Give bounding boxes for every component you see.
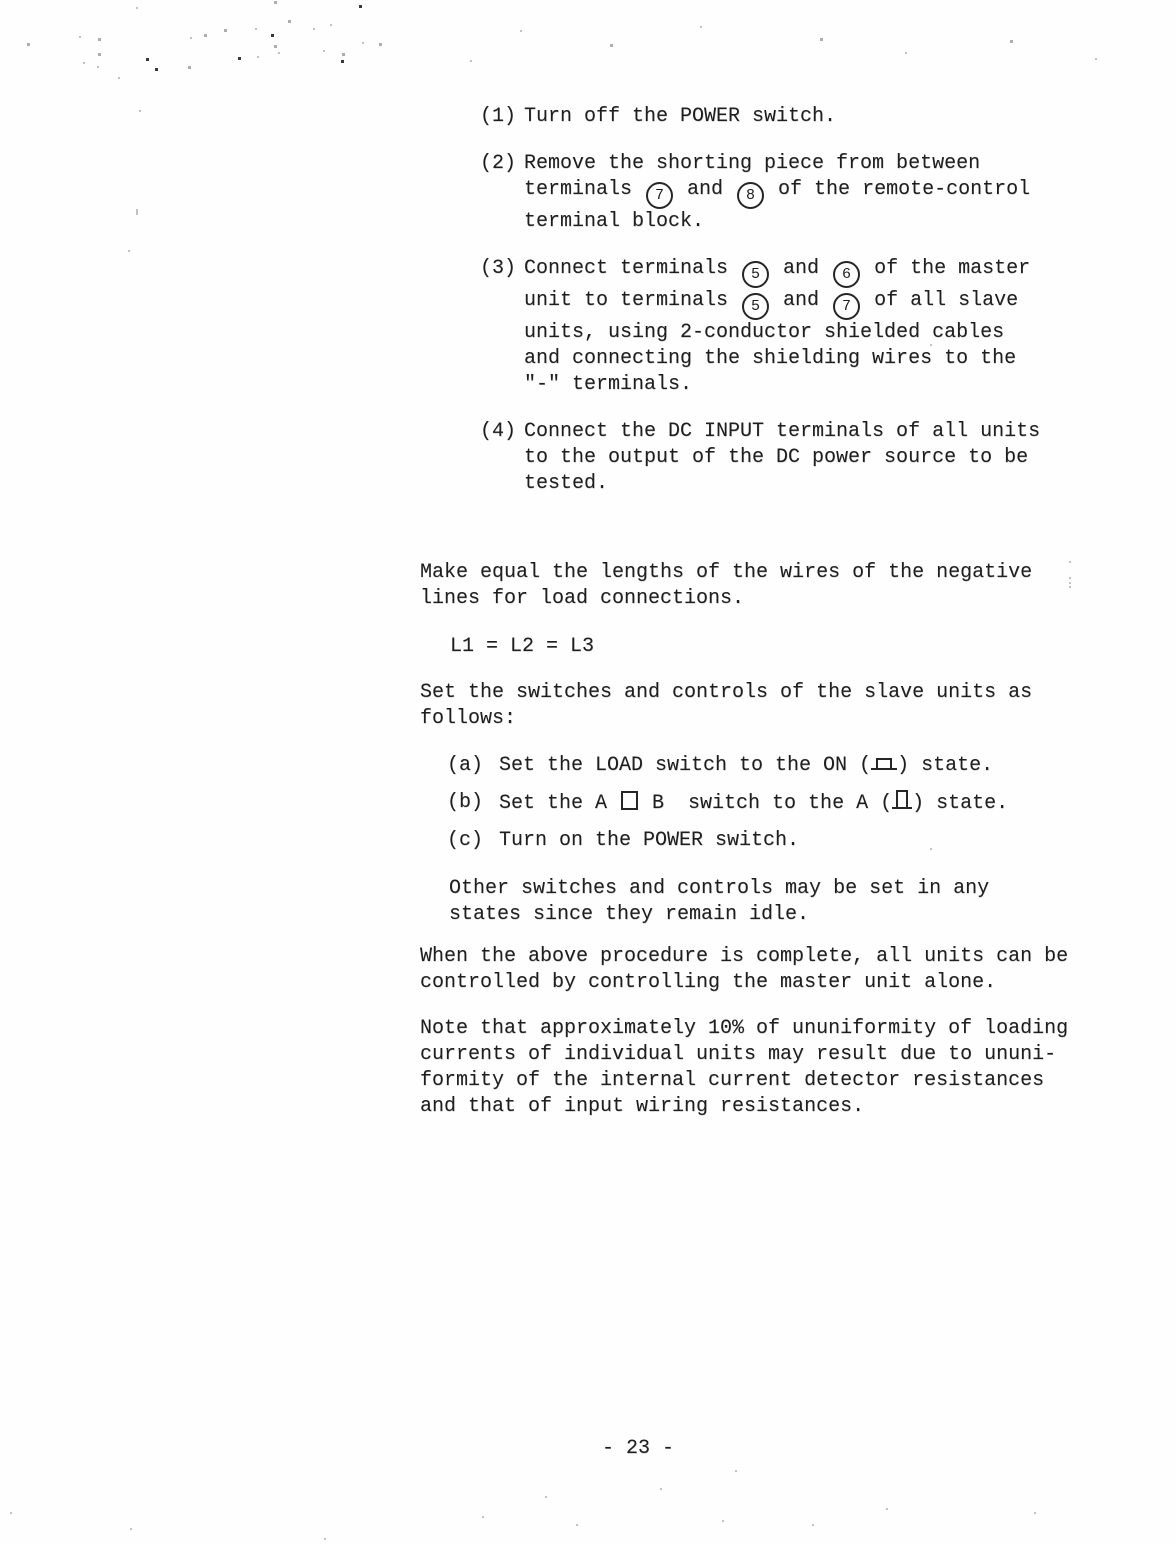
terminal-number: 6 <box>842 267 851 282</box>
switch-a-position-icon <box>892 790 912 809</box>
circled-terminal-5-icon: 5 <box>742 293 769 320</box>
paragraph-line: Set the switches and controls of the sla… <box>420 680 1176 706</box>
step-line: Connect the DC INPUT terminals of all un… <box>524 419 1040 445</box>
text-segment: Connect terminals <box>524 257 740 280</box>
paragraph-line: Other switches and controls may be set i… <box>449 876 1176 902</box>
step-2: (2) Remove the shorting piece from betwe… <box>480 151 1176 235</box>
step-line: to the output of the DC power source to … <box>524 445 1040 471</box>
step-line: unit to terminals 5 and 7 of all slave <box>524 288 1030 320</box>
document-page: (1) Turn off the POWER switch. (2) Remov… <box>0 0 1176 1544</box>
terminal-number: 8 <box>746 188 755 203</box>
text-segment: and <box>675 178 735 201</box>
text-segment: and <box>771 257 831 280</box>
step-1-marker: (1) <box>480 104 524 130</box>
paragraph-line: follows: <box>420 706 1176 732</box>
paragraph-when-complete: When the above procedure is complete, al… <box>420 944 1176 996</box>
text-segment: B switch to the A ( <box>640 792 892 815</box>
paragraph-line: lines for load connections. <box>420 586 1176 612</box>
text-segment: Set the A <box>499 792 619 815</box>
text-segment: Set the LOAD switch to the ON ( <box>499 754 871 777</box>
step-line: "-" terminals. <box>524 372 1030 398</box>
wire-length-equation: L1 = L2 = L3 <box>450 634 1176 660</box>
setting-b-text: Set the A B switch to the A () state. <box>499 790 1008 817</box>
step-line: Remove the shorting piece from between <box>524 151 1030 177</box>
step-1-text: Turn off the POWER switch. <box>524 104 836 130</box>
step-2-marker: (2) <box>480 151 524 235</box>
step-3-text: Connect terminals 5 and 6 of the master … <box>524 256 1030 398</box>
slave-unit-settings-list: (a) Set the LOAD switch to the ON () sta… <box>0 753 1176 854</box>
setting-c-marker: (c) <box>447 828 499 854</box>
paragraph-line: formity of the internal current detector… <box>420 1068 1176 1094</box>
step-line: Connect terminals 5 and 6 of the master <box>524 256 1030 288</box>
circled-terminal-5-icon: 5 <box>742 261 769 288</box>
ab-selector-square-icon <box>621 791 638 810</box>
circled-terminal-6-icon: 6 <box>833 261 860 288</box>
text-segment: terminals <box>524 178 644 201</box>
terminal-number: 7 <box>655 188 664 203</box>
page-number: - 23 - <box>602 1436 674 1462</box>
text-segment: ) state. <box>912 792 1008 815</box>
setting-b: (b) Set the A B switch to the A () state… <box>447 790 1176 817</box>
step-line: tested. <box>524 471 1040 497</box>
setting-b-marker: (b) <box>447 790 499 817</box>
circled-terminal-7-icon: 7 <box>833 293 860 320</box>
paragraph-line: currents of individual units may result … <box>420 1042 1176 1068</box>
paragraph-line: controlled by controlling the master uni… <box>420 970 1176 996</box>
step-line: units, using 2-conductor shielded cables <box>524 320 1030 346</box>
step-line: and connecting the shielding wires to th… <box>524 346 1030 372</box>
text-segment: of the remote-control <box>766 178 1030 201</box>
paragraph-make-equal: Make equal the lengths of the wires of t… <box>420 560 1176 612</box>
text-segment: of all slave <box>862 289 1018 312</box>
paragraph-other-switches: Other switches and controls may be set i… <box>449 876 1176 928</box>
step-2-text: Remove the shorting piece from between t… <box>524 151 1030 235</box>
step-line: terminal block. <box>524 209 1030 235</box>
step-3-marker: (3) <box>480 256 524 398</box>
text-segment: unit to terminals <box>524 289 740 312</box>
paragraph-line: and that of input wiring resistances. <box>420 1094 1176 1120</box>
page-content: (1) Turn off the POWER switch. (2) Remov… <box>0 0 1176 1120</box>
paragraph-set-switches: Set the switches and controls of the sla… <box>420 680 1176 732</box>
setting-c: (c) Turn on the POWER switch. <box>447 828 1176 854</box>
terminal-number: 5 <box>751 267 760 282</box>
step-3: (3) Connect terminals 5 and 6 of the mas… <box>480 256 1176 398</box>
paragraph-line: When the above procedure is complete, al… <box>420 944 1176 970</box>
text-segment: and <box>771 289 831 312</box>
paragraph-line: states since they remain idle. <box>449 902 1176 928</box>
text-segment: ) state. <box>897 754 993 777</box>
setting-c-text: Turn on the POWER switch. <box>499 828 799 854</box>
setting-a-marker: (a) <box>447 753 499 779</box>
circled-terminal-7-icon: 7 <box>646 182 673 209</box>
step-4-text: Connect the DC INPUT terminals of all un… <box>524 419 1040 497</box>
switch-on-position-icon <box>871 757 897 770</box>
terminal-number: 5 <box>751 299 760 314</box>
text-segment: of the master <box>862 257 1030 280</box>
circled-terminal-8-icon: 8 <box>737 182 764 209</box>
step-4: (4) Connect the DC INPUT terminals of al… <box>480 419 1176 497</box>
setting-a: (a) Set the LOAD switch to the ON () sta… <box>447 753 1176 779</box>
paragraph-line: Make equal the lengths of the wires of t… <box>420 560 1176 586</box>
step-4-marker: (4) <box>480 419 524 497</box>
step-line: terminals 7 and 8 of the remote-control <box>524 177 1030 209</box>
paragraph-note: Note that approximately 10% of ununiform… <box>420 1016 1176 1120</box>
step-line: Turn off the POWER switch. <box>524 104 836 130</box>
setting-a-text: Set the LOAD switch to the ON () state. <box>499 753 993 779</box>
paragraph-line: Note that approximately 10% of ununiform… <box>420 1016 1176 1042</box>
terminal-number: 7 <box>842 299 851 314</box>
step-1: (1) Turn off the POWER switch. <box>480 104 1176 130</box>
